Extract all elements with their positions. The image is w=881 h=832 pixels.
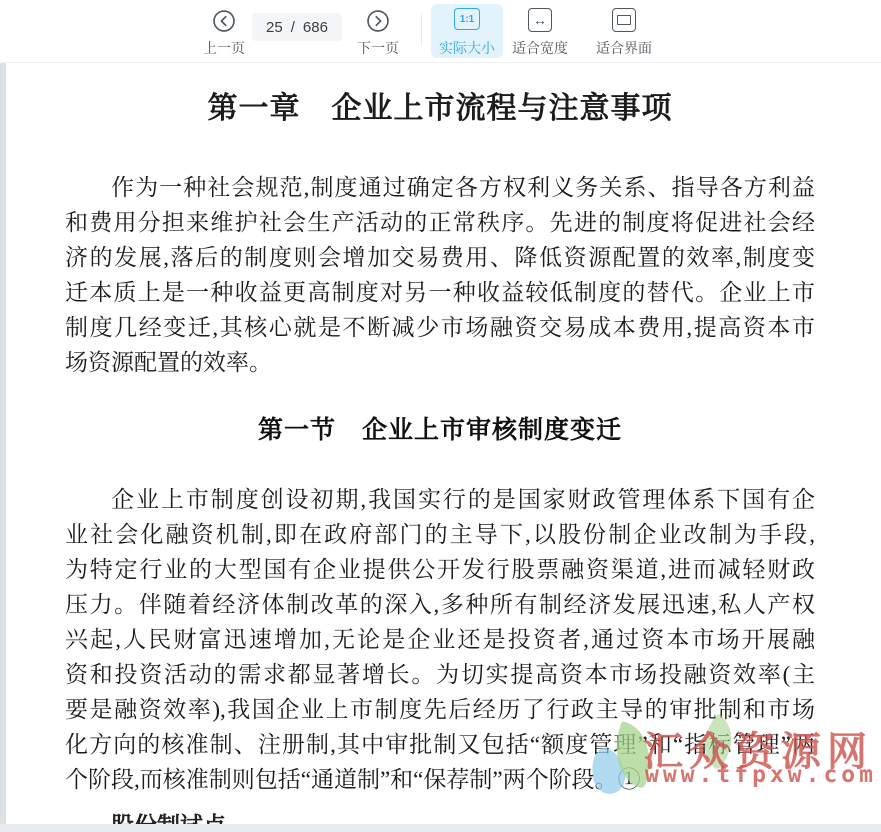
- paragraph-1: 作为一种社会规范,制度通过确定各方权利义务关系、指导各方利益和费用分担来维护社会…: [65, 170, 815, 380]
- text-line: 兴起,人民财富迅速增加,无论是企业还是投资者,通过资本市场开展融: [65, 622, 815, 657]
- actual-size-button[interactable]: 1:1 实际大小: [431, 4, 503, 58]
- fit-screen-label: 适合界面: [596, 40, 652, 56]
- fit-width-label: 适合宽度: [512, 40, 568, 56]
- fit-width-button[interactable]: ↔ 适合宽度: [504, 4, 576, 58]
- paragraph-2: 企业上市制度创设初期,我国实行的是国家财政管理体系下国有企业社会化融资机制,即在…: [65, 482, 815, 797]
- chapter-title: 第一章 企业上市流程与注意事项: [65, 90, 815, 128]
- document-page: 第一章 企业上市流程与注意事项 作为一种社会规范,制度通过确定各方权利义务关系、…: [0, 62, 881, 824]
- page-separator: /: [291, 19, 295, 36]
- text-line: 济的发展,落后的制度则会增加交易费用、降低资源配置的效率,制度变: [65, 240, 815, 275]
- text-line: 个阶段,而核准制则包括“通道制”和“保荐制”两个阶段。①: [65, 762, 815, 797]
- text-line: 作为一种社会规范,制度通过确定各方权利义务关系、指导各方利益: [65, 170, 815, 205]
- text-line: 企业上市制度创设初期,我国实行的是国家财政管理体系下国有企: [65, 482, 815, 517]
- text-line: 压力。伴随着经济体制改革的深入,多种所有制经济发展迅速,私人产权: [65, 587, 815, 622]
- fit-screen-button[interactable]: 适合界面: [588, 4, 660, 58]
- page-total: 686: [303, 19, 328, 36]
- text-line: 要是融资效率),我国企业上市制度先后经历了行政主导的审批制和市场: [65, 692, 815, 727]
- text-line: 业社会化融资机制,即在政府部门的主导下,以股份制企业改制为手段,: [65, 517, 815, 552]
- viewer-toolbar: 上一页 25 / 686 下一页 1:1 实际大小 ↔ 适合宽度 适合界面: [0, 0, 881, 63]
- prev-page-button[interactable]: 上一页: [196, 4, 252, 58]
- fit-screen-icon: [612, 8, 636, 32]
- page-number-input[interactable]: 25 / 686: [252, 13, 342, 41]
- text-line: 资和投资活动的需求都显著增长。为切实提高资本市场投融资效率(主: [65, 657, 815, 692]
- horizontal-scrollbar[interactable]: [0, 824, 881, 832]
- next-page-label: 下一页: [357, 40, 399, 56]
- chevron-left-circle-icon: [211, 8, 237, 34]
- text-line: 场资源配置的效率。: [65, 345, 815, 380]
- text-line: 和费用分担来维护社会生产活动的正常秩序。先进的制度将促进社会经: [65, 205, 815, 240]
- text-line: 化方向的核准制、注册制,其中审批制又包括“额度管理”和“指标管理”两: [65, 727, 815, 762]
- text-line: 为特定行业的大型国有企业提供公开发行股票融资渠道,进而减轻财政: [65, 552, 815, 587]
- section-title: 第一节 企业上市审核制度变迁: [65, 414, 815, 446]
- text-line: 迁本质上是一种收益更高制度对另一种收益较低制度的替代。企业上市: [65, 275, 815, 310]
- actual-size-label: 实际大小: [439, 40, 495, 56]
- toolbar-divider: [421, 14, 422, 46]
- page-current: 25: [266, 19, 283, 36]
- fit-width-icon: ↔: [528, 8, 552, 32]
- viewer-left-edge: [0, 62, 6, 824]
- next-page-button[interactable]: 下一页: [350, 4, 406, 58]
- chevron-right-circle-icon: [365, 8, 391, 34]
- prev-page-label: 上一页: [203, 40, 245, 56]
- actual-size-icon: 1:1: [454, 8, 480, 30]
- text-line: 制度几经变迁,其核心就是不断减少市场融资交易成本费用,提高资本市: [65, 310, 815, 345]
